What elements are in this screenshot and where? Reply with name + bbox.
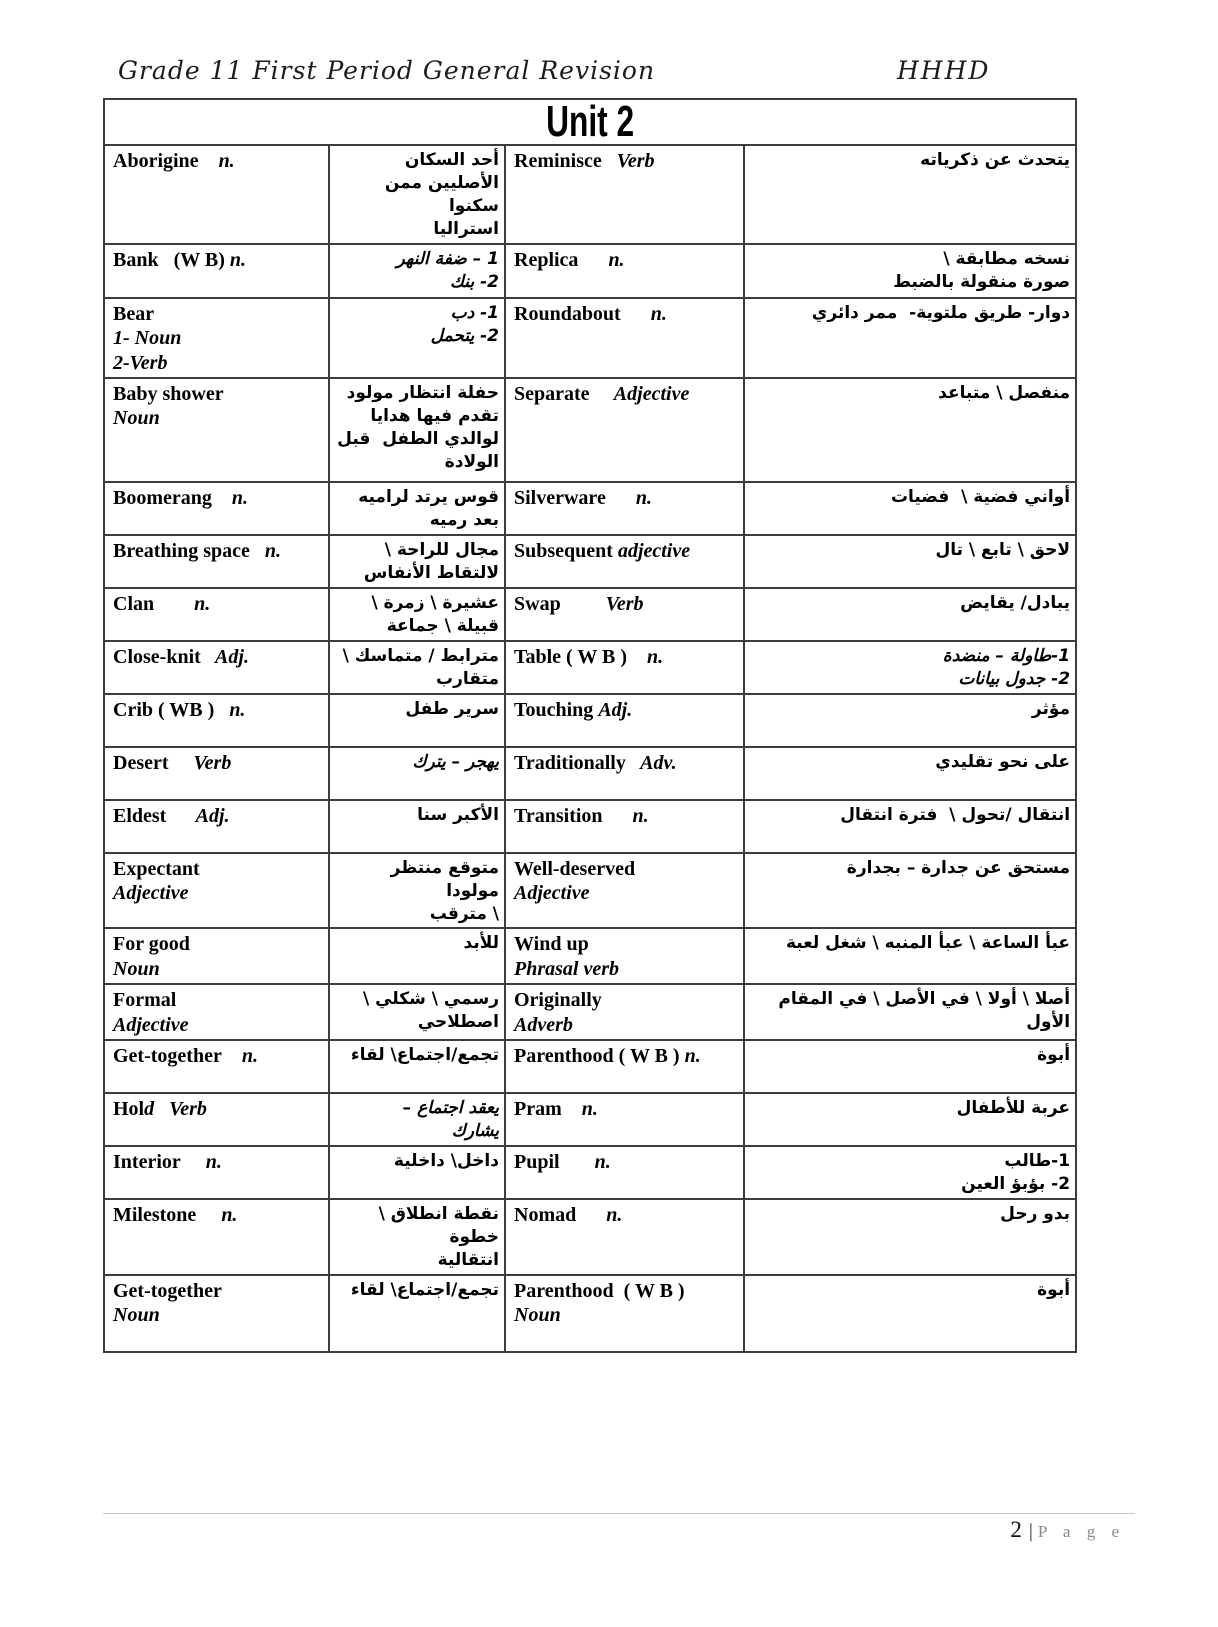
english-term-cell: Eldest Adj. — [104, 800, 329, 853]
english-term-cell: Replica n. — [505, 244, 744, 298]
arabic-translation-cell: انتقال /تحول \ فترة انتقال — [744, 800, 1076, 853]
document-header: Grade 11 First Period General Revision H… — [0, 56, 1218, 92]
english-term-line: For good — [113, 932, 322, 956]
english-term-cell: Roundabout n. — [505, 298, 744, 378]
arabic-translation-cell: مستحق عن جدارة – بجدارة — [744, 853, 1076, 929]
table-row: Crib ( WB ) n.سرير طفلTouching Adj.مؤثر — [104, 694, 1076, 747]
english-term-cell: Clan n. — [104, 588, 329, 641]
arabic-translation-cell: أصلا \ أولا \ في الأصل \ في المقام الأول — [744, 984, 1076, 1040]
arabic-translation-cell: يهجر – يترك — [329, 747, 505, 800]
english-term-cell: Hold Verb — [104, 1093, 329, 1146]
footer-page-number: 2 — [1010, 1517, 1022, 1542]
arabic-translation-cell: أبوة — [744, 1040, 1076, 1093]
arabic-translation-cell: حفلة انتظار مولود تقدم فيها هدايا لوالدي… — [329, 378, 505, 482]
header-initials: HHHD — [897, 56, 990, 85]
arabic-translation-cell: يتحدث عن ذكرياته — [744, 145, 1076, 244]
english-term-cell: Close-knit Adj. — [104, 641, 329, 694]
english-term-line: Originally — [514, 988, 737, 1012]
english-term-line: Pram n. — [514, 1097, 737, 1121]
english-term-line: 1- Noun — [113, 326, 322, 350]
english-term-line: Adjective — [514, 881, 737, 905]
arabic-translation-cell: للأبد — [329, 928, 505, 984]
arabic-translation-cell: عشيرة \ زمرة \ قبيلة \ جماعة — [329, 588, 505, 641]
table-row: Interior n.داخل\ داخليةPupil n.1-طالب 2-… — [104, 1146, 1076, 1199]
arabic-translation-cell: أبوة — [744, 1275, 1076, 1352]
arabic-translation-cell: منفصل \ متباعد — [744, 378, 1076, 482]
arabic-translation-cell: مترابط / متماسك \ متقارب — [329, 641, 505, 694]
english-term-cell: Silverware n. — [505, 482, 744, 535]
english-term-line: Adjective — [113, 1013, 322, 1037]
table-row: ExpectantAdjectiveمتوقع منتظر مولودا \ م… — [104, 853, 1076, 929]
english-term-line: Aborigine n. — [113, 149, 322, 173]
arabic-translation-cell: على نحو تقليدي — [744, 747, 1076, 800]
english-term-cell: For goodNoun — [104, 928, 329, 984]
english-term-line: Noun — [113, 1303, 322, 1327]
table-row: FormalAdjectiveرسمي \ شكلي \ اصطلاحيOrig… — [104, 984, 1076, 1040]
english-term-cell: Get-togetherNoun — [104, 1275, 329, 1352]
table-row: Desert Verbيهجر – يتركTraditionally Adv.… — [104, 747, 1076, 800]
english-term-cell: Reminisce Verb — [505, 145, 744, 244]
english-term-line: Traditionally Adv. — [514, 751, 737, 775]
english-term-line: Pupil n. — [514, 1150, 737, 1174]
english-term-line: Desert Verb — [113, 751, 322, 775]
arabic-translation-cell: مجال للراحة \ لالتقاط الأنفاس — [329, 535, 505, 588]
english-term-line: Noun — [113, 406, 322, 430]
arabic-translation-cell: دوار- طريق ملتوية- ممر دائري — [744, 298, 1076, 378]
unit-title-row: Unit 2 — [104, 99, 1076, 145]
english-term-line: Breathing space n. — [113, 539, 322, 563]
english-term-line: Swap Verb — [514, 592, 737, 616]
table-row: Baby showerNounحفلة انتظار مولود تقدم في… — [104, 378, 1076, 482]
table-row: Get-together n.تجمع/اجتماع\ لقاءParentho… — [104, 1040, 1076, 1093]
arabic-translation-cell: نقطة انطلاق \ خطوة انتقالية — [329, 1199, 505, 1275]
english-term-line: Silverware n. — [514, 486, 737, 510]
english-term-line: Baby shower — [113, 382, 322, 406]
arabic-translation-cell: 1 – ضفة النهر 2- بنك — [329, 244, 505, 298]
english-term-line: Get-together n. — [113, 1044, 322, 1068]
english-term-cell: Parenthood ( W B )Noun — [505, 1275, 744, 1352]
arabic-translation-cell: 1-طالب 2- بؤبؤ العين — [744, 1146, 1076, 1199]
english-term-cell: Table ( W B ) n. — [505, 641, 744, 694]
table-row: Bank (W B) n.1 – ضفة النهر 2- بنكReplica… — [104, 244, 1076, 298]
table-row: Hold Verbيعقد اجتماع – يشاركPram n.عربة … — [104, 1093, 1076, 1146]
english-term-line: Milestone n. — [113, 1203, 322, 1227]
arabic-translation-cell: 1- دب 2- يتحمل — [329, 298, 505, 378]
english-term-line: Bear — [113, 302, 322, 326]
english-term-line: Touching Adj. — [514, 698, 737, 722]
arabic-translation-cell: يبادل/ يقايض — [744, 588, 1076, 641]
arabic-translation-cell: سرير طفل — [329, 694, 505, 747]
table-row: Breathing space n.مجال للراحة \ لالتقاط … — [104, 535, 1076, 588]
english-term-line: Noun — [514, 1303, 737, 1327]
english-term-line: Wind up — [514, 932, 737, 956]
table-row: Clan n.عشيرة \ زمرة \ قبيلة \ جماعةSwap … — [104, 588, 1076, 641]
header-title: Grade 11 First Period General Revision — [118, 56, 655, 85]
english-term-cell: Milestone n. — [104, 1199, 329, 1275]
vocab-table: Unit 2 Aborigine n.أحد السكان الأصليين م… — [103, 98, 1077, 1353]
table-row: Close-knit Adj.مترابط / متماسك \ متقاربT… — [104, 641, 1076, 694]
english-term-line: 2-Verb — [113, 351, 322, 375]
english-term-line: Transition n. — [514, 804, 737, 828]
table-row: Aborigine n.أحد السكان الأصليين ممن سكنو… — [104, 145, 1076, 244]
table-row: For goodNounللأبدWind upPhrasal verbعبأ … — [104, 928, 1076, 984]
english-term-cell: Interior n. — [104, 1146, 329, 1199]
document-page: Grade 11 First Period General Revision H… — [0, 0, 1218, 1627]
english-term-line: Parenthood ( W B ) n. — [514, 1044, 737, 1068]
arabic-translation-cell: مؤثر — [744, 694, 1076, 747]
english-term-line: Get-together — [113, 1279, 322, 1303]
english-term-cell: Transition n. — [505, 800, 744, 853]
arabic-translation-cell: عربة للأطفال — [744, 1093, 1076, 1146]
arabic-translation-cell: تجمع/اجتماع\ لقاء — [329, 1275, 505, 1352]
english-term-cell: Parenthood ( W B ) n. — [505, 1040, 744, 1093]
english-term-cell: Well-deservedAdjective — [505, 853, 744, 929]
table-row: Milestone n.نقطة انطلاق \ خطوة انتقاليةN… — [104, 1199, 1076, 1275]
table-row: Boomerang n.قوس يرتد لراميه بعد رميهSilv… — [104, 482, 1076, 535]
english-term-cell: Swap Verb — [505, 588, 744, 641]
english-term-line: Phrasal verb — [514, 957, 737, 981]
english-term-cell: Traditionally Adv. — [505, 747, 744, 800]
english-term-cell: Nomad n. — [505, 1199, 744, 1275]
footer-divider — [103, 1513, 1135, 1514]
english-term-cell: Boomerang n. — [104, 482, 329, 535]
page-number-footer: 2|P a g e — [103, 1517, 1125, 1543]
arabic-translation-cell: تجمع/اجتماع\ لقاء — [329, 1040, 505, 1093]
english-term-cell: Crib ( WB ) n. — [104, 694, 329, 747]
english-term-cell: Separate Adjective — [505, 378, 744, 482]
english-term-line: Replica n. — [514, 248, 737, 272]
english-term-line: Boomerang n. — [113, 486, 322, 510]
english-term-line: Adverb — [514, 1013, 737, 1037]
unit-title-cell: Unit 2 — [104, 99, 1076, 145]
english-term-line: Reminisce Verb — [514, 149, 737, 173]
footer-separator: | — [1029, 1520, 1033, 1542]
english-term-cell: Baby showerNoun — [104, 378, 329, 482]
english-term-cell: Pupil n. — [505, 1146, 744, 1199]
arabic-translation-cell: عبأ الساعة \ عبأ المنبه \ شغل لعبة — [744, 928, 1076, 984]
english-term-cell: ExpectantAdjective — [104, 853, 329, 929]
english-term-line: Adjective — [113, 881, 322, 905]
english-term-cell: Pram n. — [505, 1093, 744, 1146]
footer-page-label: P a g e — [1038, 1522, 1125, 1541]
table-row: Bear1- Noun2-Verb1- دب 2- يتحملRoundabou… — [104, 298, 1076, 378]
english-term-cell: Subsequent adjective — [505, 535, 744, 588]
english-term-line: Parenthood ( W B ) — [514, 1279, 737, 1303]
english-term-cell: Touching Adj. — [505, 694, 744, 747]
english-term-cell: FormalAdjective — [104, 984, 329, 1040]
arabic-translation-cell: داخل\ داخلية — [329, 1146, 505, 1199]
english-term-line: Subsequent adjective — [514, 539, 737, 563]
english-term-cell: Bank (W B) n. — [104, 244, 329, 298]
english-term-cell: Aborigine n. — [104, 145, 329, 244]
arabic-translation-cell: أحد السكان الأصليين ممن سكنوا استراليا — [329, 145, 505, 244]
unit-title: Unit 2 — [546, 100, 634, 144]
english-term-line: Roundabout n. — [514, 302, 737, 326]
arabic-translation-cell: الأكبر سنا — [329, 800, 505, 853]
english-term-line: Well-deserved — [514, 857, 737, 881]
english-term-line: Noun — [113, 957, 322, 981]
english-term-cell: Bear1- Noun2-Verb — [104, 298, 329, 378]
english-term-line: Separate Adjective — [514, 382, 737, 406]
arabic-translation-cell: رسمي \ شكلي \ اصطلاحي — [329, 984, 505, 1040]
arabic-translation-cell: يعقد اجتماع – يشارك — [329, 1093, 505, 1146]
english-term-cell: Breathing space n. — [104, 535, 329, 588]
arabic-translation-cell: لاحق \ تابع \ تال — [744, 535, 1076, 588]
english-term-line: Table ( W B ) n. — [514, 645, 737, 669]
english-term-line: Close-knit Adj. — [113, 645, 322, 669]
table-row: Get-togetherNounتجمع/اجتماع\ لقاءParenth… — [104, 1275, 1076, 1352]
arabic-translation-cell: أواني فضية \ فضيات — [744, 482, 1076, 535]
english-term-line: Interior n. — [113, 1150, 322, 1174]
english-term-line: Bank (W B) n. — [113, 248, 322, 272]
vocab-table-body: Aborigine n.أحد السكان الأصليين ممن سكنو… — [104, 145, 1076, 1352]
english-term-line: Eldest Adj. — [113, 804, 322, 828]
english-term-line: Formal — [113, 988, 322, 1012]
english-term-cell: Get-together n. — [104, 1040, 329, 1093]
english-term-line: Clan n. — [113, 592, 322, 616]
arabic-translation-cell: نسخه مطابقة \ صورة منقولة بالضبط — [744, 244, 1076, 298]
table-row: Eldest Adj.الأكبر سناTransition n.انتقال… — [104, 800, 1076, 853]
english-term-cell: OriginallyAdverb — [505, 984, 744, 1040]
english-term-cell: Desert Verb — [104, 747, 329, 800]
english-term-line: Expectant — [113, 857, 322, 881]
arabic-translation-cell: متوقع منتظر مولودا \ مترقب — [329, 853, 505, 929]
arabic-translation-cell: قوس يرتد لراميه بعد رميه — [329, 482, 505, 535]
english-term-cell: Wind upPhrasal verb — [505, 928, 744, 984]
arabic-translation-cell: بدو رحل — [744, 1199, 1076, 1275]
arabic-translation-cell: 1-طاولة – منضدة 2- جدول بيانات — [744, 641, 1076, 694]
english-term-line: Crib ( WB ) n. — [113, 698, 322, 722]
english-term-line: Hold Verb — [113, 1097, 322, 1121]
english-term-line: Nomad n. — [514, 1203, 737, 1227]
